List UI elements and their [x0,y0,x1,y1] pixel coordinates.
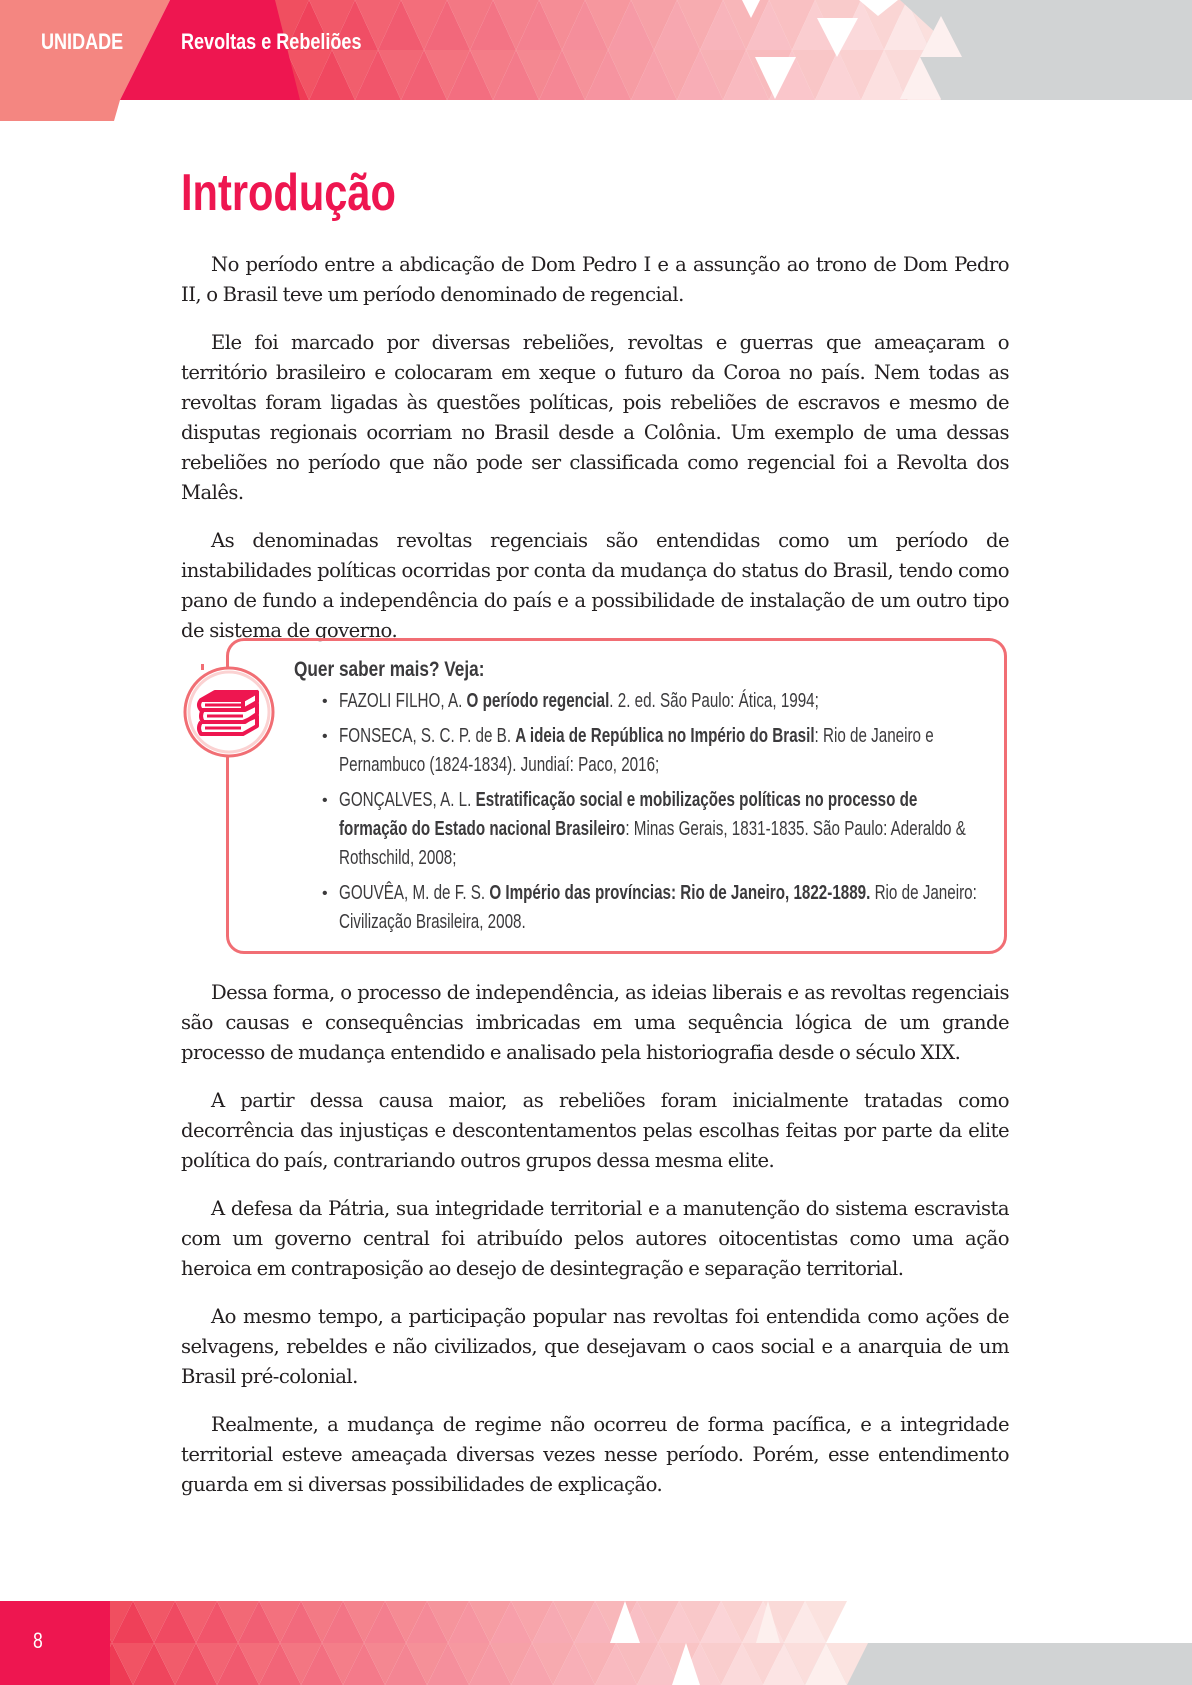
reference-item: •GONÇALVES, A. L. Estratificação social … [294,786,984,873]
reference-item: •FONSECA, S. C. P. de B. A ideia de Repú… [294,722,984,780]
paragraph: Ele foi marcado por diversas rebeliões, … [181,328,1009,508]
bullet-icon: • [322,687,328,716]
reference-text: FONSECA, S. C. P. de B. A ideia de Repúb… [339,722,984,780]
body-text: Dessa forma, o processo de independência… [181,978,1009,1500]
triangle-pattern-decoration [0,0,1192,121]
intro-text: No período entre a abdicação de Dom Pedr… [181,250,1009,646]
paragraph: Realmente, a mudança de regime não ocorr… [181,1410,1009,1500]
bullet-icon: • [322,879,328,908]
paragraph: Ao mesmo tempo, a participação popular n… [181,1302,1009,1392]
box-heading: Quer saber mais? Veja: [294,655,860,685]
page-title: Introdução [181,162,396,224]
reference-item: •FAZOLI FILHO, A. O período regencial. 2… [294,687,984,716]
paragraph: A partir dessa causa maior, as rebeliões… [181,1086,1009,1176]
reference-item: •GOUVÊA, M. de F. S. O Império das proví… [294,879,984,937]
unit-label: UNIDADE [41,29,123,55]
reference-text: FAZOLI FILHO, A. O período regencial. 2.… [339,687,984,716]
bullet-icon: • [322,786,328,815]
paragraph: No período entre a abdicação de Dom Pedr… [181,250,1009,310]
footer-banner [0,1601,1192,1685]
unit-title: Revoltas e Rebeliões [181,29,361,55]
reference-list: •FAZOLI FILHO, A. O período regencial. 2… [294,687,984,937]
further-reading-content: Quer saber mais? Veja: •FAZOLI FILHO, A.… [294,655,984,943]
reference-text: GOUVÊA, M. de F. S. O Império das provín… [339,879,984,937]
paragraph: As denominadas revoltas regenciais são e… [181,526,1009,646]
reference-text: GONÇALVES, A. L. Estratificação social e… [339,786,984,873]
page-number: 8 [33,1628,43,1654]
triangle-pattern-decoration [0,1601,1192,1685]
books-stack-icon [181,664,277,760]
paragraph: A defesa da Pátria, sua integridade terr… [181,1194,1009,1284]
header-banner: UNIDADE Revoltas e Rebeliões [0,0,1192,121]
bullet-icon: • [322,722,328,751]
paragraph: Dessa forma, o processo de independência… [181,978,1009,1068]
